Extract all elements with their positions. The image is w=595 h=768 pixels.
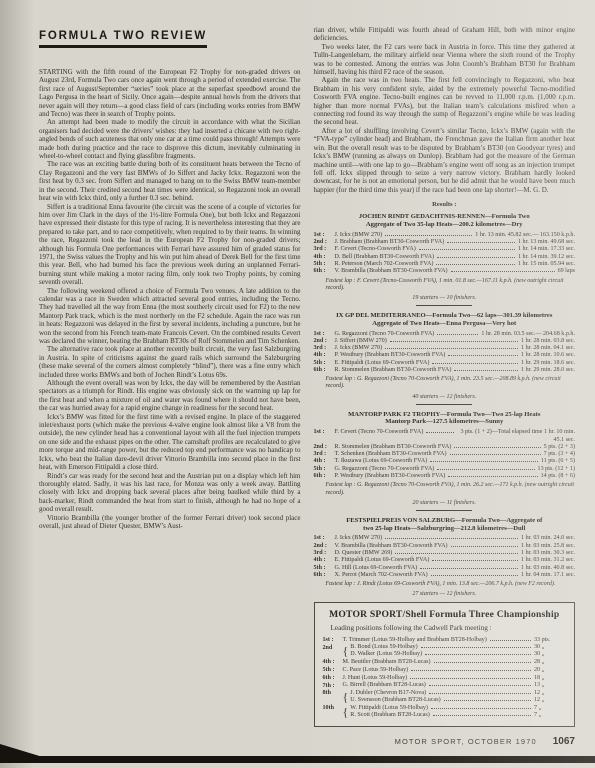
- result-row: 6th : V. Brambilla (Brabham BT30-Coswort…: [314, 268, 576, 275]
- result-entrant: R. Stommelen (Brabham BT30-Cosworth FVA): [335, 367, 452, 374]
- driver-name: R. Scott (Brabham BT28-Lucas): [350, 712, 430, 719]
- race-results-block: FESTSPIELPREIS VON SALZBURG—Formula Two—…: [314, 517, 576, 598]
- result-row: 5th : G. Hill (Lotus 69-Cosworth FVA) 1 …: [314, 565, 576, 572]
- championship-entries: B. Bond (Lotus 59-Holbay)30 „D. Walker (…: [350, 644, 566, 659]
- points-value: 7 „: [534, 705, 566, 712]
- result-position: 1st :: [314, 232, 335, 239]
- result-position: 6th :: [314, 268, 335, 275]
- result-row: 1st : J. Ickx (BMW 270) 1 hr. 03 min. 24…: [314, 535, 576, 542]
- result-entrant: V. Brambilla (Brabham BT30-Cosworth FVA): [335, 268, 448, 275]
- result-entrant: J. Ickx (BMW 270): [335, 535, 383, 542]
- dot-leader: [448, 476, 537, 477]
- fastest-lap-note: Fastest lap : G. Regazzoni (Tecno 70-Cos…: [314, 376, 576, 390]
- points-value: 30 „: [534, 651, 566, 658]
- result-position: 2nd :: [314, 444, 335, 451]
- result-time: 1 hr. 14 min. 39.12 sec.: [518, 254, 575, 261]
- points-value: 12 „: [534, 697, 566, 704]
- result-position: 5th :: [314, 565, 335, 572]
- championship-entry-line: C. Pace (Lotus 59-Holbay)20 „: [343, 667, 567, 674]
- championship-row: 6th : J. Hunt (Lotus 59-Holbay)18 „: [323, 674, 567, 682]
- dot-leader: [432, 363, 518, 364]
- championship-entry-line: J. Hunt (Lotus 59-Holbay)18 „: [343, 675, 567, 682]
- dot-leader: [385, 348, 518, 349]
- divider-rule: [416, 404, 472, 405]
- championship-row: 2nd { B. Bond (Lotus 59-Holbay)30 „D. Wa…: [323, 644, 567, 659]
- driver-name: W. Fittipaldi (Lotus 59-Holbay): [350, 705, 428, 712]
- dot-leader: [411, 670, 531, 671]
- result-time: 1 hr. 04 min. 17.1 sec.: [521, 572, 575, 579]
- championship-row: 7th : G. Birrell (Brabham BT28-Lucas)13 …: [323, 682, 567, 690]
- race-rows: 1st : F. Cevert (Tecno 70-Cosworth FVA) …: [314, 429, 576, 480]
- right-column: rian driver, while Fittipaldi was fourth…: [314, 26, 576, 747]
- result-time: 1 hr. 13 min. 49.68 sec.: [518, 239, 575, 246]
- race-title: IX GP DEL MEDITERRANEO—Formula Two—62 la…: [314, 312, 576, 328]
- points-value: 12 „: [534, 690, 566, 697]
- result-position: 3rd :: [314, 550, 335, 557]
- magazine-page: FORMULA TWO REVIEW STARTING with the fif…: [0, 0, 595, 768]
- result-entrant: P. Westbury (Brabham BT30-Cosworth FVA): [335, 473, 446, 480]
- body-paragraph: The race was an exciting battle during b…: [39, 160, 301, 202]
- dot-leader: [444, 700, 531, 701]
- race-title-line2: two 25-lap Heats—Salzburgring—212.8 kilo…: [363, 525, 525, 532]
- result-row: 3rd : F. Cevert (Tecno-Cosworth FVA) 1 h…: [314, 246, 576, 253]
- journal-name: MOTOR SPORT, OCTOBER 1970: [395, 737, 537, 746]
- result-row: 5th : G. Regazzoni (Tecno 70-Cosworth FV…: [314, 466, 576, 473]
- race-rows: 1st : J. Ickx (BMW 270) 1 hr. 13 min. 45…: [314, 232, 576, 276]
- dot-leader: [429, 685, 531, 686]
- result-position: 4th :: [314, 458, 335, 465]
- result-position: 6th :: [314, 367, 335, 374]
- championship-row: 8th { J. Dubler (Chevron B17-Nova)12 „U.…: [323, 690, 567, 705]
- dot-leader: [437, 334, 478, 335]
- result-row: 4th : T. Ikuzawa (Lotus 69-Cosworth FVA)…: [314, 458, 576, 465]
- championship-position: 1st :: [323, 636, 343, 644]
- dot-leader: [450, 454, 541, 455]
- championship-entries: J. Dubler (Chevron B17-Nova)12 „U. Svens…: [350, 690, 566, 705]
- result-entrant: G. Regazzoni (Tecno 70-Cosworth FVA): [335, 466, 435, 473]
- result-entrant: F. Cevert (Tecno 70-Cosworth FVA): [335, 429, 424, 436]
- result-position: 1st :: [314, 331, 335, 338]
- dot-leader: [447, 242, 515, 243]
- driver-name: U. Svensson (Brabham BT28-Lucas): [350, 697, 440, 704]
- result-position: 2nd :: [314, 239, 335, 246]
- result-entrant: J. Ickx (BMW 270): [335, 232, 383, 239]
- championship-position: 6th :: [323, 674, 343, 682]
- race-rows: 1st : J. Ickx (BMW 270) 1 hr. 03 min. 24…: [314, 535, 576, 579]
- points-value: 7 „: [534, 712, 566, 719]
- championship-position: 5th :: [323, 667, 343, 675]
- race-title: MANTORP PARK F2 TROPHY—Formula Two—Two 2…: [314, 411, 576, 427]
- body-paragraph: Vittorio Brambilla (the younger brother …: [39, 514, 301, 531]
- divider-rule: [416, 510, 472, 511]
- championship-position: 10th: [323, 705, 343, 713]
- result-position: 6th :: [314, 473, 335, 480]
- tie-brace: {: [343, 706, 349, 718]
- points-value: 28 „: [534, 659, 566, 666]
- body-paragraph: Ickx’s BMW was fitted for the first time…: [39, 413, 301, 472]
- dot-leader: [437, 469, 534, 470]
- result-position: 4th :: [314, 557, 335, 564]
- result-row: 1st : J. Ickx (BMW 270) 1 hr. 13 min. 45…: [314, 232, 576, 239]
- result-position: 6th :: [314, 572, 335, 579]
- championship-entries: C. Pace (Lotus 59-Holbay)20 „: [343, 667, 567, 674]
- race-title: FESTSPIELPREIS VON SALZBURG—Formula Two—…: [314, 517, 576, 533]
- result-time: 1 hr. 28 min. 03.8 sec.: [521, 338, 575, 345]
- body-paragraph: Again the race was in two heats. The fir…: [314, 76, 576, 126]
- divider-rule: [416, 305, 472, 306]
- result-position: 1st :: [314, 429, 335, 436]
- championship-entry-line: G. Birrell (Brabham BT28-Lucas)13 „: [343, 682, 567, 689]
- body-paragraph: Two weeks later, the F2 cars were back i…: [314, 43, 576, 77]
- starters-finishers: 40 starters — 12 finishers.: [314, 394, 576, 400]
- championship-entry-line: R. Scott (Brabham BT28-Lucas)7 „: [350, 712, 566, 719]
- dot-leader: [451, 271, 555, 272]
- points-value: 30 „: [534, 644, 566, 651]
- starters-finishers: 19 starters — 10 finishers.: [314, 295, 576, 301]
- result-entrant: P. Westbury (Brabham BT30-Cosworth FVA): [335, 352, 446, 359]
- result-position: 4th :: [314, 254, 335, 261]
- result-entrant: X. Perrot (March 702-Cosworth FVA): [335, 572, 428, 579]
- body-paragraph: Although the event overall was won by Ic…: [39, 379, 301, 413]
- results-heading: Results :: [314, 201, 576, 208]
- result-time: 69 laps: [558, 268, 575, 275]
- dot-leader: [385, 538, 518, 539]
- race-results-block: IX GP DEL MEDITERRANEO—Formula Two—62 la…: [314, 312, 576, 405]
- tie-brace: {: [343, 645, 349, 657]
- starters-finishers: 20 starters — 11 finishers.: [314, 500, 576, 506]
- championship-entries: T. Trimmer (Lotus 59-Holbay and Brabham …: [343, 637, 567, 644]
- result-time: 14 pts. (8 + 6): [541, 473, 575, 480]
- dot-leader: [448, 355, 518, 356]
- driver-name: J. Hunt (Lotus 59-Holbay): [343, 675, 408, 682]
- result-row: 2nd : V. Brambilla (Brabham BT30-Coswort…: [314, 543, 576, 550]
- result-entrant: E. Fittipaldi (Lotus 69-Cosworth FVA): [335, 360, 430, 367]
- result-row: 1st : G. Regazzoni (Tecno 70-Cosworth FV…: [314, 331, 576, 338]
- championship-entry-line: D. Walker (Lotus 59-Holbay)30 „: [350, 651, 566, 658]
- result-row: 2nd : J. Siffert (BMW 270) 1 hr. 28 min.…: [314, 338, 576, 345]
- race-title-line2: Mantorp Park—127.5 kilometres—Sunny: [385, 418, 503, 425]
- dot-leader: [395, 553, 518, 554]
- result-time: 1 hr. 03 min. 40.8 sec.: [521, 565, 575, 572]
- result-position: 2nd :: [314, 338, 335, 345]
- championship-position: 4th :: [323, 659, 343, 667]
- result-time: 3 pts. (1 + 2)—Total elapsed time 1 hr. …: [457, 429, 575, 444]
- fastest-lap-note: Fastest lap : G. Regazzoni (Tecno 70-Cos…: [314, 482, 576, 496]
- championship-position: 7th :: [323, 682, 343, 690]
- f3-championship-subtitle: Leading positions following the Cadwell …: [323, 624, 567, 632]
- result-time: 13 pts. (12 + 1): [538, 466, 575, 473]
- result-time: 1 hr. 03 min. 31.2 sec.: [521, 557, 575, 564]
- f3-championship-title: MOTOR SPORT/Shell Formula Three Champion…: [323, 609, 567, 620]
- race-title: JOCHEN RINDT GEDACHTNIS-RENNEN—Formula T…: [314, 213, 576, 229]
- result-time: 1 hr. 29 min. 28.0 sec.: [521, 367, 575, 374]
- result-row: 1st : F. Cevert (Tecno 70-Cosworth FVA) …: [314, 429, 576, 444]
- points-value: 33 pts.: [534, 637, 566, 644]
- fastest-lap-note: Fastest lap : F. Cevert (Tecno-Cosworth …: [314, 278, 576, 292]
- race-results-list: JOCHEN RINDT GEDACHTNIS-RENNEN—Formula T…: [314, 213, 576, 597]
- driver-name: G. Birrell (Brabham BT28-Lucas): [343, 682, 426, 689]
- result-position: 3rd :: [314, 345, 335, 352]
- dot-leader: [434, 662, 532, 663]
- result-entrant: V. Brambilla (Brabham BT30-Cosworth FVA): [335, 543, 448, 550]
- scan-bottom-edge: [0, 756, 595, 763]
- body-paragraph: The following weekend offered a choice o…: [39, 287, 301, 346]
- dot-leader: [419, 249, 515, 250]
- dot-leader: [426, 432, 454, 433]
- points-value: 13 „: [534, 682, 566, 689]
- championship-entries: J. Hunt (Lotus 59-Holbay)18 „: [343, 675, 567, 682]
- dot-leader: [431, 708, 531, 709]
- dot-leader: [436, 264, 515, 265]
- driver-name: M. Beuttler (Brabham BT28-Lucas): [343, 659, 431, 666]
- result-entrant: G. Regazzoni (Tecno 70-Cosworth FVA): [335, 331, 435, 338]
- result-time: 1 hr. 13 min. 45.82 sec.— 163.150 k.p.h.: [475, 232, 575, 239]
- race-title-line1: JOCHEN RINDT GEDACHTNIS-RENNEN—Formula T…: [359, 213, 530, 220]
- body-paragraph: An attempt had been made to modify the c…: [39, 118, 301, 160]
- result-entrant: G. Hill (Lotus 69-Cosworth FVA): [335, 565, 418, 572]
- driver-name: C. Pace (Lotus 59-Holbay): [343, 667, 409, 674]
- f3-standings-table: 1st : T. Trimmer (Lotus 59-Holbay and Br…: [323, 636, 567, 719]
- result-position: 3rd :: [314, 451, 335, 458]
- result-position: 3rd :: [314, 246, 335, 253]
- race-title-line1: IX GP DEL MEDITERRANEO—Formula Two—62 la…: [336, 312, 552, 319]
- article-header: FORMULA TWO REVIEW: [39, 26, 301, 48]
- dot-leader: [420, 568, 518, 569]
- result-row: 6th : X. Perrot (March 702-Cosworth FVA)…: [314, 572, 576, 579]
- dot-leader: [385, 235, 472, 236]
- result-entrant: E. Fittipaldi (Lotus 69-Cosworth FVA): [335, 557, 430, 564]
- championship-entry-line: W. Fittipaldi (Lotus 59-Holbay)7 „: [350, 705, 566, 712]
- championship-entries: W. Fittipaldi (Lotus 59-Holbay)7 „R. Sco…: [350, 705, 566, 720]
- championship-entries: M. Beuttler (Brabham BT28-Lucas)28 „: [343, 659, 567, 666]
- dot-leader: [425, 654, 531, 655]
- dot-leader: [429, 693, 531, 694]
- result-time: 1 hr. 03 min. 24.0 sec.: [521, 535, 575, 542]
- result-row: 4th : P. Westbury (Brabham BT30-Cosworth…: [314, 352, 576, 359]
- result-time: 1 hr. 14 min. 17.33 sec.: [518, 246, 575, 253]
- dot-leader: [432, 560, 518, 561]
- dot-leader: [454, 370, 518, 371]
- right-column-text: rian driver, while Fittipaldi was fourth…: [314, 26, 576, 194]
- championship-row: 1st : T. Trimmer (Lotus 59-Holbay and Br…: [323, 636, 567, 644]
- f3-championship-box: MOTOR SPORT/Shell Formula Three Champion…: [314, 602, 576, 727]
- result-entrant: D. Bell (Brabham BT30-Cosworth FVA): [335, 254, 435, 261]
- championship-position: 2nd: [323, 644, 343, 652]
- left-column: FORMULA TWO REVIEW STARTING with the fif…: [39, 26, 301, 747]
- result-position: 5th :: [314, 466, 335, 473]
- championship-entry-line: M. Beuttler (Brabham BT28-Lucas)28 „: [343, 659, 567, 666]
- dot-leader: [430, 461, 538, 462]
- result-time: 1 hr. 28 min. 03.5 sec.— 204.68 k.p.h.: [481, 331, 575, 338]
- championship-entry-line: T. Trimmer (Lotus 59-Holbay and Brabham …: [343, 637, 567, 644]
- result-position: 5th :: [314, 261, 335, 268]
- championship-row: 4th : M. Beuttler (Brabham BT28-Lucas)28…: [323, 659, 567, 667]
- dot-leader: [433, 715, 531, 716]
- race-title-line1: MANTORP PARK F2 TROPHY—Formula Two—Two 2…: [348, 411, 540, 418]
- result-entrant: J. Siffert (BMW 270): [335, 338, 387, 345]
- dot-leader: [431, 575, 518, 576]
- page-title: FORMULA TWO REVIEW: [39, 30, 207, 48]
- dot-leader: [410, 678, 531, 679]
- result-time: 11 pts. (6 + 5): [541, 458, 575, 465]
- left-column-text: STARTING with the fifth round of the Eur…: [39, 68, 301, 530]
- dot-leader: [454, 447, 540, 448]
- championship-row: 5th : C. Pace (Lotus 59-Holbay)20 „: [323, 667, 567, 675]
- tie-brace: {: [343, 691, 349, 703]
- result-time: 1 hr. 28 min. 10.6 sec.: [521, 352, 575, 359]
- points-value: 20 „: [534, 667, 566, 674]
- dot-leader: [421, 647, 531, 648]
- result-time: 1 hr. 29 min. 18.6 sec.: [521, 360, 575, 367]
- championship-row: 10th { W. Fittipaldi (Lotus 59-Holbay)7 …: [323, 705, 567, 720]
- page-number: 1067: [553, 736, 575, 747]
- body-paragraph: After a lot of shuffling involving Cever…: [314, 127, 576, 194]
- championship-entry-line: U. Svensson (Brabham BT28-Lucas)12 „: [350, 697, 566, 704]
- dot-leader: [437, 257, 515, 258]
- page-content: FORMULA TWO REVIEW STARTING with the fif…: [39, 26, 575, 747]
- result-row: 6th : P. Westbury (Brabham BT30-Cosworth…: [314, 473, 576, 480]
- driver-name: T. Trimmer (Lotus 59-Holbay and Brabham …: [343, 637, 487, 644]
- race-title-line2: Aggregate of Two Heats—Enna Pergusa—Very…: [372, 320, 516, 327]
- race-results-block: MANTORP PARK F2 TROPHY—Formula Two—Two 2…: [314, 411, 576, 511]
- page-footer: MOTOR SPORT, OCTOBER 1970 1067: [314, 736, 576, 747]
- result-time: 1 hr. 28 min. 04.1 sec.: [521, 345, 575, 352]
- race-rows: 1st : G. Regazzoni (Tecno 70-Cosworth FV…: [314, 331, 576, 375]
- result-position: 4th :: [314, 352, 335, 359]
- body-paragraph: The alternative race took place at anoth…: [39, 345, 301, 379]
- result-entrant: T. Ikuzawa (Lotus 69-Cosworth FVA): [335, 458, 428, 465]
- result-time: 1 hr. 03 min. 25.8 sec.: [521, 543, 575, 550]
- dot-leader: [390, 341, 518, 342]
- points-value: 18 „: [534, 675, 566, 682]
- result-position: 1st :: [314, 535, 335, 542]
- driver-name: D. Walker (Lotus 59-Holbay): [350, 651, 422, 658]
- result-row: 4th : D. Bell (Brabham BT30-Cosworth FVA…: [314, 254, 576, 261]
- race-results-block: JOCHEN RINDT GEDACHTNIS-RENNEN—Formula T…: [314, 213, 576, 306]
- result-row: 5th : E. Fittipaldi (Lotus 69-Cosworth F…: [314, 360, 576, 367]
- result-time: 1 hr. 03 min. 30.3 sec.: [521, 550, 575, 557]
- result-entrant: F. Cevert (Tecno-Cosworth FVA): [335, 246, 416, 253]
- championship-position: 8th: [323, 690, 343, 698]
- body-paragraph: STARTING with the fifth round of the Eur…: [39, 68, 301, 118]
- body-paragraph: Siffert is a traditional Enna favourite …: [39, 203, 301, 287]
- result-position: 2nd :: [314, 543, 335, 550]
- result-position: 5th :: [314, 360, 335, 367]
- starters-finishers: 27 starters — 12 finishers.: [314, 591, 576, 597]
- dot-leader: [490, 640, 531, 641]
- result-row: 6th : R. Stommelen (Brabham BT30-Coswort…: [314, 367, 576, 374]
- result-time: 1 hr. 15 min. 05.94 sec.: [518, 261, 575, 268]
- body-paragraph: rian driver, while Fittipaldi was fourth…: [314, 26, 576, 43]
- dot-leader: [451, 546, 518, 547]
- championship-entries: G. Birrell (Brabham BT28-Lucas)13 „: [343, 682, 567, 689]
- race-title-line1: FESTSPIELPREIS VON SALZBURG—Formula Two—…: [346, 517, 542, 524]
- body-paragraph: Rindt’s car was ready for the second hea…: [39, 472, 301, 514]
- fastest-lap-note: Fastest lap : J. Rindt (Lotus 69-Coswort…: [314, 581, 576, 588]
- result-row: 4th : E. Fittipaldi (Lotus 69-Cosworth F…: [314, 557, 576, 564]
- race-title-line2: Aggregate of Two 35-lap Heats—200.2 kilo…: [366, 221, 523, 228]
